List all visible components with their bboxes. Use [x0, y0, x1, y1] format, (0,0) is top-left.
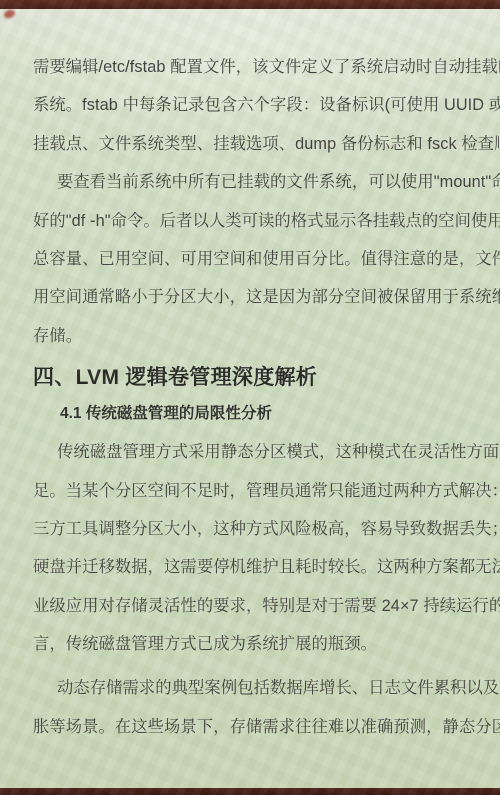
- photo-top-edge: [0, 0, 500, 9]
- red-ink-smudge: [3, 9, 15, 19]
- text-line: 言，传统磁盘管理方式已成为系统扩展的瓶颈。: [33, 625, 469, 663]
- paragraph: 要查看当前系统中所有已挂载的文件系统，可以使用"mount"命令或更友好的"df…: [33, 163, 469, 355]
- photographed-document: { "page": { "paper_color": "#cfdcc2", "t…: [0, 0, 500, 795]
- subsection-heading: 4.1 传统磁盘管理的局限性分析: [33, 401, 469, 427]
- text-line: 存储。: [33, 317, 469, 355]
- text-line: 需要编辑/etc/fstab 配置文件，该文件定义了系统启动时自动挂载的所有文件: [33, 48, 469, 86]
- paragraph: 需要编辑/etc/fstab 配置文件，该文件定义了系统启动时自动挂载的所有文件…: [33, 48, 469, 163]
- text-line: 动态存储需求的典型案例包括数据库增长、日志文件累积以及用户数据膨: [33, 669, 469, 707]
- text-line: 好的"df -h"命令。后者以人类可读的格式显示各挂载点的空间使用情况，包括: [33, 202, 469, 240]
- paragraph: 传统磁盘管理方式采用静态分区模式，这种模式在灵活性方面存在明显不足。当某个分区空…: [33, 433, 469, 663]
- text-line: 用空间通常略小于分区大小，这是因为部分空间被保留用于系统维护和元数据: [33, 278, 469, 316]
- text-line: 业级应用对存储灵活性的要求，特别是对于需要 24×7 持续运行的业务系统而: [33, 587, 469, 625]
- section-heading: 四、LVM 逻辑卷管理深度解析: [33, 355, 469, 401]
- text-line: 传统磁盘管理方式采用静态分区模式，这种模式在灵活性方面存在明显不: [33, 433, 469, 471]
- photo-bottom-edge: [0, 788, 500, 795]
- document-content: 需要编辑/etc/fstab 配置文件，该文件定义了系统启动时自动挂载的所有文件…: [33, 48, 469, 746]
- text-line: 总容量、已用空间、可用空间和使用百分比。值得注意的是，文件系统实际可: [33, 240, 469, 278]
- text-line: 胀等场景。在这些场景下，存储需求往往难以准确预测，静态分区要么造成空: [33, 708, 469, 746]
- text-line: 系统。fstab 中每条记录包含六个字段：设备标识(可使用 UUID 或设备路径…: [33, 86, 469, 124]
- text-line: 三方工具调整分区大小，这种方式风险极高，容易导致数据丢失；二是添加新: [33, 510, 469, 548]
- document-page: 需要编辑/etc/fstab 配置文件，该文件定义了系统启动时自动挂载的所有文件…: [0, 0, 500, 795]
- text-line: 足。当某个分区空间不足时，管理员通常只能通过两种方式解决：一是使用第: [33, 472, 469, 510]
- text-line: 硬盘并迁移数据，这需要停机维护且耗时较长。这两种方案都无法满足现代企: [33, 548, 469, 586]
- text-line: 挂载点、文件系统类型、挂载选项、dump 备份标志和 fsck 检查顺序。: [33, 125, 469, 163]
- paragraph: 动态存储需求的典型案例包括数据库增长、日志文件累积以及用户数据膨胀等场景。在这些…: [33, 669, 469, 746]
- text-line: 要查看当前系统中所有已挂载的文件系统，可以使用"mount"命令或更友: [33, 163, 469, 201]
